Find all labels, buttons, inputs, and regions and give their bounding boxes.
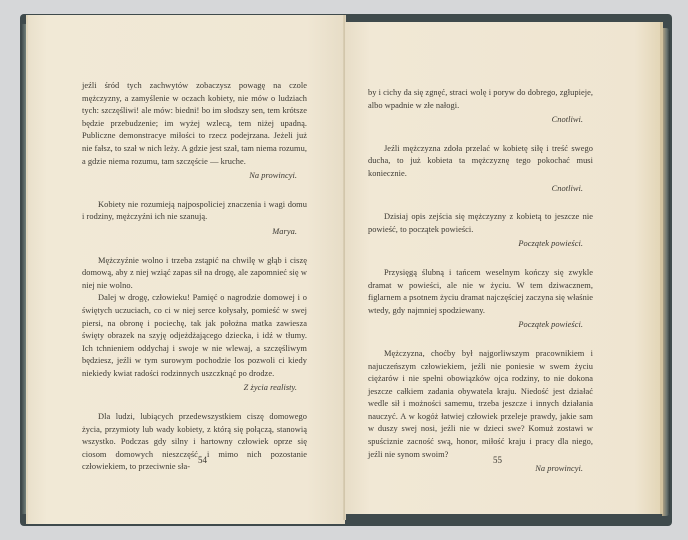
attribution: Cnotliwi. <box>368 114 583 127</box>
left-page: jeźli śród tych zachwytów zobaczysz powa… <box>26 15 345 524</box>
paragraph: Dalej w drogę, człowieku! Pamięć o nagro… <box>82 292 307 380</box>
paragraph: Dzisiaj opis zejścia się mężczyzny z kob… <box>368 211 593 236</box>
attribution: Na prowincyi. <box>82 170 297 183</box>
paragraph: Mężczyzna, choćby był najgorliwszym prac… <box>368 348 593 461</box>
attribution: Cnotliwi. <box>368 183 583 196</box>
attribution: Początek powieści. <box>368 319 583 332</box>
attribution: Z życia realisty. <box>82 382 297 395</box>
page-number: 55 <box>493 455 502 465</box>
paragraph: Mężczyźnie wolno i trzeba zstąpić na chw… <box>82 255 307 293</box>
attribution: Marya. <box>82 226 297 239</box>
attribution: Początek powieści. <box>368 238 583 251</box>
paragraph: by i cichy da się zgnęć, straci wolę i p… <box>368 87 593 112</box>
cover-right-edge <box>662 28 670 516</box>
right-page-text: by i cichy da się zgnęć, straci wolę i p… <box>368 87 593 484</box>
paragraph: jeźli śród tych zachwytów zobaczysz powa… <box>82 80 307 168</box>
paragraph: Kobiety nie rozumieją najpospoliciej zna… <box>82 199 307 224</box>
left-page-text: jeźli śród tych zachwytów zobaczysz powa… <box>82 80 307 474</box>
right-page: by i cichy da się zgnęć, straci wolę i p… <box>345 22 663 514</box>
page-number: 54 <box>198 455 207 465</box>
paragraph: Przysięgą ślubną i tańcem weselnym kończ… <box>368 267 593 317</box>
paragraph: Dla ludzi, lubiących przedewszystkiem ci… <box>82 411 307 474</box>
attribution: Na prowincyi. <box>368 463 583 476</box>
paragraph: Jeźli mężczyzna zdoła przelać w kobietę … <box>368 143 593 181</box>
